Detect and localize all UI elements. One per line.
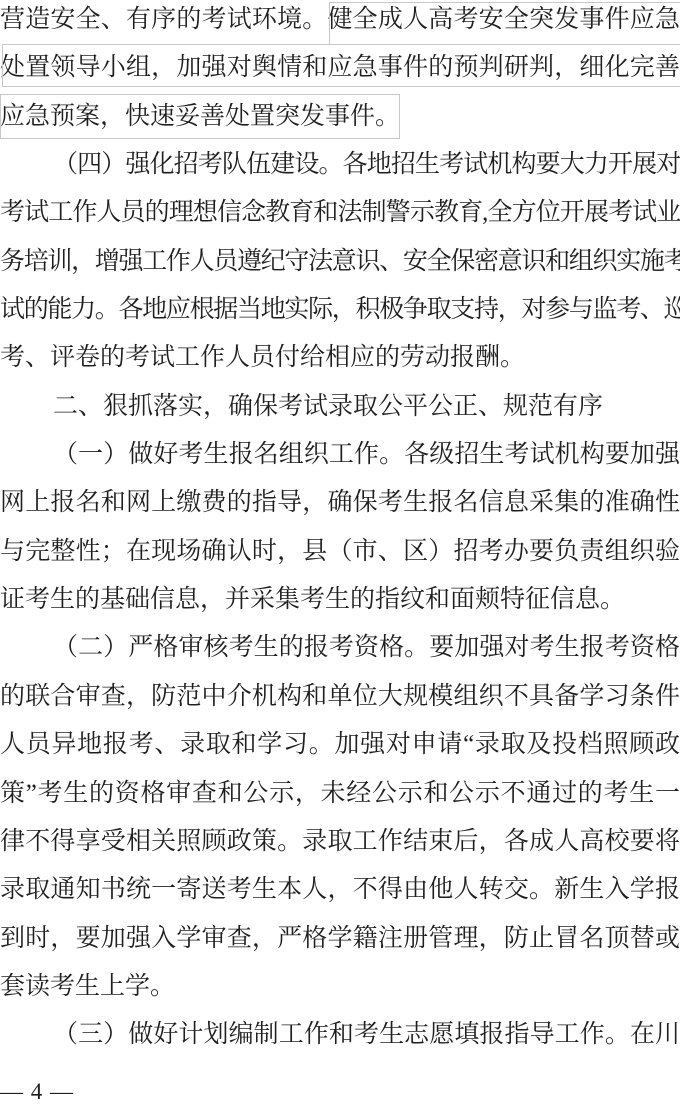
text-line: （二）严格审核考生的报考资格。要加强对考生报考资格 (0, 624, 680, 672)
page-number: — 4 — (0, 1078, 74, 1106)
text-line: 试的能力。各地应根据当地实际，积极争取支持，对参与监考、巡 (0, 286, 680, 334)
text-line: 营造安全、有序的考试环境。健全成人高考安全突发事件应急 (0, 0, 680, 44)
text-line: （一）做好考生报名组织工作。各级招生考试机构要加强 (0, 431, 680, 479)
document-page: 营造安全、有序的考试环境。健全成人高考安全突发事件应急处置领导小组，加强对舆情和… (0, 0, 680, 1108)
document-body: 营造安全、有序的考试环境。健全成人高考安全突发事件应急处置领导小组，加强对舆情和… (0, 0, 680, 1060)
text-line: 考、评卷的考试工作人员付给相应的劳动报酬。 (0, 334, 680, 382)
text-line: 套读考生上学。 (0, 963, 680, 1011)
text-line: 考试工作人员的理想信念教育和法制警示教育,全方位开展考试业 (0, 189, 680, 237)
text-line: 证考生的基础信息，并采集考生的指纹和面颊特征信息。 (0, 576, 680, 624)
text-line: 二、狠抓落实，确保考试录取公平公正、规范有序 (0, 383, 680, 431)
text-line: （三）做好计划编制工作和考生志愿填报指导工作。在川 (0, 1011, 680, 1059)
text-line: 策”考生的资格审查和公示，未经公示和公示不通过的考生一 (0, 770, 680, 818)
text-line: （四）强化招考队伍建设。各地招生考试机构要大力开展对 (0, 141, 680, 189)
text-line: 应急预案，快速妥善处置突发事件。 (0, 93, 680, 141)
text-line: 处置领导小组，加强对舆情和应急事件的预判研判，细化完善 (0, 44, 680, 92)
text-line: 网上报名和网上缴费的指导，确保考生报名信息采集的准确性 (0, 479, 680, 527)
text-line: 与完整性；在现场确认时，县（市、区）招考办要负责组织验 (0, 528, 680, 576)
text-line: 务培训，增强工作人员遵纪守法意识、安全保密意识和组织实施考 (0, 238, 680, 286)
text-line: 人员异地报考、录取和学习。加强对申请“录取及投档照顾政 (0, 721, 680, 769)
text-line: 的联合审查，防范中介机构和单位大规模组织不具备学习条件 (0, 673, 680, 721)
text-line: 到时，要加强入学审查，严格学籍注册管理，防止冒名顶替或 (0, 915, 680, 963)
text-line: 录取通知书统一寄送考生本人，不得由他人转交。新生入学报 (0, 866, 680, 914)
text-line: 律不得享受相关照顾政策。录取工作结束后，各成人高校要将 (0, 818, 680, 866)
